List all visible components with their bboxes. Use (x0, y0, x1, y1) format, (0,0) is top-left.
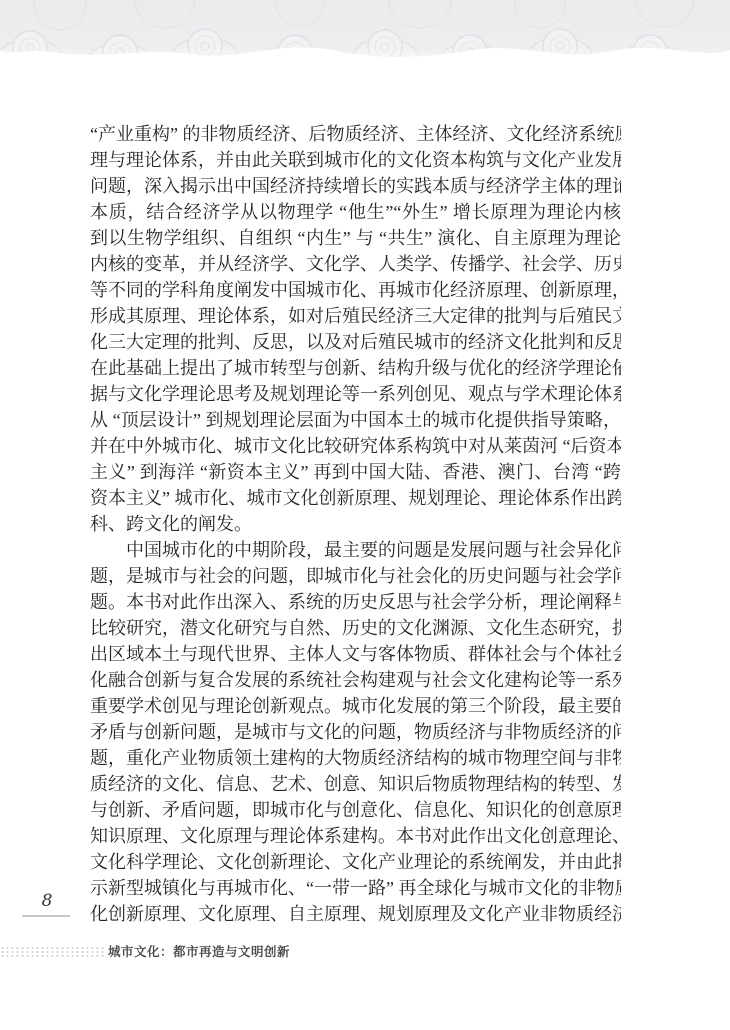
body-text: “产业重构” 的非物质经济、后物质经济、主体经济、文化经济系统原理与理论体系，并… (90, 121, 621, 927)
page-number-underline (22, 915, 70, 917)
text-line: 文化科学理论、文化创新理论、文化产业理论的系统阐发，并由此揭 (90, 849, 621, 875)
text-line: 问题，深入揭示出中国经济持续增长的实践本质与经济学主体的理论 (90, 173, 621, 199)
text-line: 化创新原理、文化原理、自主原理、规划原理及文化产业非物质经济 (90, 901, 621, 927)
text-line: 等不同的学科角度阐发中国城市化、再城市化经济原理、创新原理， (90, 277, 621, 303)
text-line: 科、跨文化的阐发。 (90, 511, 621, 537)
text-line: 主义” 到海洋 “新资本主义” 再到中国大陆、香港、澳门、台湾 “跨 (90, 459, 621, 485)
text-line: 比较研究，潜文化研究与自然、历史的文化渊源、文化生态研究，提 (90, 615, 621, 641)
text-line: 矛盾与创新问题，是城市与文化的问题，物质经济与非物质经济的问 (90, 719, 621, 745)
text-line: 题，是城市与社会的问题，即城市化与社会化的历史问题与社会学问 (90, 563, 621, 589)
text-line: 中国城市化的中期阶段，最主要的问题是发展问题与社会异化问 (90, 537, 621, 563)
text-line: 并在中外城市化、城市文化比较研究体系构筑中对从莱茵河 “后资本 (90, 433, 621, 459)
text-line: 理与理论体系，并由此关联到城市化的文化资本构筑与文化产业发展 (90, 147, 621, 173)
text-line: 题，重化产业物质领土建构的大物质经济结构的城市物理空间与非物 (90, 745, 621, 771)
text-line: “产业重构” 的非物质经济、后物质经济、主体经济、文化经济系统原 (90, 121, 621, 147)
text-line: 重要学术创见与理论创新观点。城市化发展的第三个阶段，最主要的 (90, 693, 621, 719)
text-line: 示新型城镇化与再城市化、“一带一路” 再全球化与城市文化的非物质 (90, 875, 621, 901)
text-line: 出区域本土与现代世界、主体人文与客体物质、群体社会与个体社会 (90, 641, 621, 667)
text-line: 从 “顶层设计” 到规划理论层面为中国本土的城市化提供指导策略， (90, 407, 621, 433)
text-line: 质经济的文化、信息、艺术、创意、知识后物质物理结构的转型、发展 (90, 771, 621, 797)
book-page: “产业重构” 的非物质经济、后物质经济、主体经济、文化经济系统原理与理论体系，并… (0, 0, 730, 1030)
page-number: 8 (24, 891, 70, 911)
text-line: 在此基础上提出了城市转型与创新、结构升级与优化的经济学理论依 (90, 355, 621, 381)
text-line: 知识原理、文化原理与理论体系建构。本书对此作出文化创意理论、 (90, 823, 621, 849)
text-line: 形成其原理、理论体系，如对后殖民经济三大定律的批判与后殖民文 (90, 303, 621, 329)
text-line: 题。本书对此作出深入、系统的历史反思与社会学分析，理论阐释与 (90, 589, 621, 615)
text-line: 化三大定理的批判、反思，以及对后殖民城市的经济文化批判和反思， (90, 329, 621, 355)
footer-halftone-decoration-icon (0, 946, 104, 958)
text-line: 与创新、矛盾问题，即城市化与创意化、信息化、知识化的创意原理、 (90, 797, 621, 823)
text-line: 本质，结合经济学从以物理学 “他生”“外生” 增长原理为理论内核 (90, 199, 621, 225)
text-line: 到以生物学组织、自组织 “内生” 与 “共生” 演化、自主原理为理论 (90, 225, 621, 251)
text-line: 化融合创新与复合发展的系统社会构建观与社会文化建构论等一系列 (90, 667, 621, 693)
cloud-pattern-header-icon (0, 0, 730, 64)
footer-book-title: 城市文化：都市再造与文明创新 (108, 942, 290, 960)
text-line: 据与文化学理论思考及规划理论等一系列创见、观点与学术理论体系， (90, 381, 621, 407)
text-line: 内核的变革，并从经济学、文化学、人类学、传播学、社会学、历史学 (90, 251, 621, 277)
text-line: 资本主义” 城市化、城市文化创新原理、规划理论、理论体系作出跨学 (90, 485, 621, 511)
